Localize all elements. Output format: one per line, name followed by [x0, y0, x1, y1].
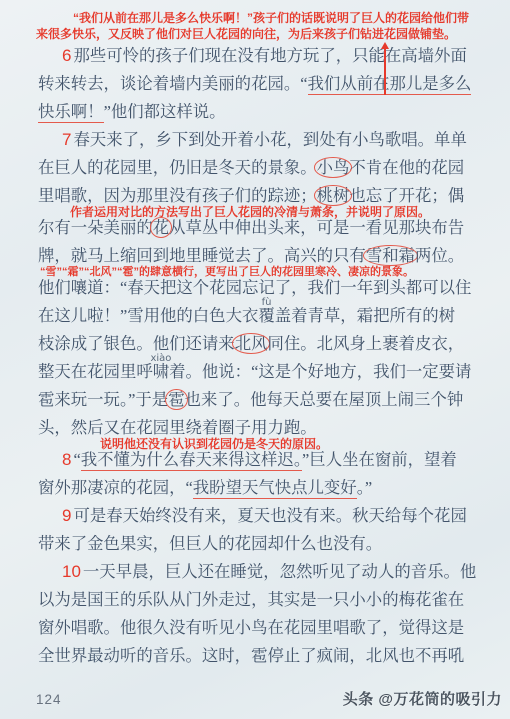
- watermark: 头条 @万花筒的吸引力: [343, 688, 502, 709]
- text-run: 整天在花园里呼: [38, 362, 153, 381]
- text-run: 同住。北风身上裹着皮衣，: [267, 334, 464, 353]
- text-run: 一天早晨，巨人还在睡觉，忽然听见了动人的音乐。他: [83, 562, 476, 581]
- text-line: 在这儿啦！”雪用他的白色大衣覆fù盖着青草，霜把所有的树: [38, 302, 486, 330]
- text-run: ”他们都这样说。: [104, 102, 226, 121]
- text-run: 尔有一朵美丽的: [38, 218, 153, 237]
- annotation-line: “我们从前在那儿是多么快乐啊！”孩子们的话既说明了巨人的花园给他们带: [73, 10, 486, 26]
- text-run: 牌，就马上缩回到地里睡觉去了。高兴的只有: [38, 246, 366, 265]
- text-run: 从草丛中伸出头来，可是一看见那块布告: [169, 218, 464, 237]
- paragraph-number: 10: [62, 562, 81, 581]
- text-run: “雪”“霜”“北风”“雹”的肆意横行，更写出了巨人的花园里寒冷、凄凉的景象。: [40, 266, 414, 278]
- circled-term: 北风: [235, 330, 268, 358]
- text-line: 9可是春天始终没有来，夏天也没有来。秋天给每个花园: [38, 502, 486, 530]
- text-run: 雹来玩一玩。”于是: [38, 390, 168, 409]
- underlined-phrase: 我不懂为什么春天来得这样迟。: [81, 450, 302, 471]
- paragraph-number: 7: [62, 130, 71, 149]
- text-run: 在巨人的花园里，仍旧是冬天的景象。: [38, 158, 317, 177]
- text-line: 6那些可怜的孩子们现在没有地方玩了，只能在高墙外面: [38, 42, 486, 70]
- text-run: 说明他还没有认识到花园仍是冬天的原因。: [100, 437, 328, 451]
- text-run: 两位。: [415, 246, 464, 265]
- text-line: 全世界最动听的音乐。这时，雹停止了疯闹，北风也不再吼: [38, 642, 486, 670]
- textbook-page: “我们从前在那儿是多么快乐啊！”孩子们的话既说明了巨人的花园给他们带来很多快乐，…: [0, 0, 510, 719]
- pinyin-term: 覆fù: [258, 302, 274, 330]
- text-run: 着。他说：“这是个好地方，我们一定要请: [169, 362, 471, 381]
- circled-term: 花: [153, 214, 169, 242]
- text-line: 带来了金色果实，但巨人的花园却什么也没有。: [38, 530, 486, 558]
- annotation-line: 来很多快乐，又反映了他们对巨人花园的向往，为后来孩子们钻进花园做铺垫。: [36, 26, 486, 42]
- underlined-phrase: 我们从前在那儿是多么: [308, 74, 472, 95]
- text-run: 他们嚷道：“春天把这个花园忘记了，我们一年到头都可以住: [38, 278, 471, 297]
- text-run: 枝涂成了银色。他们还请来: [38, 334, 235, 353]
- text-run: 窗外唱歌。他很久没有听见小鸟在花园里唱歌了，觉得这是: [38, 618, 464, 637]
- text-run: 春天来了，乡下到处开着小花，到处有小鸟歌唱。单单: [73, 130, 466, 149]
- pinyin-term: 啸xiào: [153, 358, 169, 386]
- text-line: 快乐啊！”他们都这样说。: [38, 98, 486, 126]
- text-run: 里唱歌，因为那里没有孩子们的踪迹；: [38, 186, 317, 205]
- text-run: 也忘了开花；偶: [349, 186, 464, 205]
- text-line: 窗外那凄凉的花园，“我盼望天气快点儿变好。”: [38, 474, 486, 502]
- circled-term: 雹: [168, 386, 184, 414]
- text-line: 10一天早晨，巨人还在睡觉，忽然听见了动人的音乐。他: [38, 558, 486, 586]
- circled-term: 小鸟: [317, 154, 350, 182]
- text-line: 7春天来了，乡下到处开着小花，到处有小鸟歌唱。单单: [38, 126, 486, 154]
- text-run: 全世界最动听的音乐。这时，雹停止了疯闹，北风也不再吼: [38, 646, 464, 665]
- text-line: 在巨人的花园里，仍旧是冬天的景象。小鸟不肯在他的花园: [38, 154, 486, 182]
- text-line: 8“我不懂为什么春天来得这样迟。”巨人坐在窗前，望着: [38, 446, 486, 474]
- pinyin-label: fù: [262, 298, 272, 308]
- text-line: 尔有一朵美丽的花从草丛中伸出头来，可是一看见那块布告: [38, 214, 486, 242]
- text-line: 以为是国王的乐队从门外走过，其实是一只小小的梅花雀在: [38, 586, 486, 614]
- text-run: 盖着青草，霜把所有的树: [275, 306, 455, 325]
- underlined-phrase: 快乐啊！: [38, 102, 104, 123]
- paragraph-number: 9: [62, 506, 71, 525]
- text-run: 窗外那凄凉的花园，“: [38, 478, 193, 497]
- text-line: 整天在花园里呼啸xiào着。他说：“这是个好地方，我们一定要请: [38, 358, 486, 386]
- text-line: 枝涂成了银色。他们还请来北风同住。北风身上裹着皮衣，: [38, 330, 486, 358]
- text-run: 以为是国王的乐队从门外走过，其实是一只小小的梅花雀在: [38, 590, 464, 609]
- text-run: 也来了。他每天总要在屋顶上闹三个钟: [185, 390, 464, 409]
- arrow-head-icon: [381, 42, 389, 49]
- text-run: 头，然后又在花园里绕着圈子用力跑。: [38, 418, 317, 437]
- paragraph-number: 8: [62, 450, 71, 469]
- arrow-line: [384, 49, 386, 95]
- text-run: 来很多快乐，又反映了他们对巨人花园的向往，为后来孩子们钻进花园做铺垫。: [36, 27, 456, 41]
- text-line: 转来转去，谈论着墙内美丽的花园。“我们从前在那儿是多么: [38, 70, 486, 98]
- paragraph-number: 6: [62, 46, 71, 65]
- text-run: “: [73, 450, 80, 469]
- text-run: 作者运用对比的方法写出了巨人花园的冷清与萧条，并说明了原因。: [70, 205, 430, 219]
- text-run: ”巨人坐在窗前，望着: [302, 450, 457, 469]
- text-run: 。”: [357, 478, 372, 497]
- page-number: 124: [36, 692, 62, 707]
- text-run: 不肯在他的花园: [349, 158, 464, 177]
- text-run: 在这儿啦！”雪用他的白色大衣: [38, 306, 258, 325]
- text-line: 雹来玩一玩。”于是雹也来了。他每天总要在屋顶上闹三个钟: [38, 386, 486, 414]
- underlined-phrase: 我盼望天气快点儿变好: [193, 478, 357, 499]
- text-run: 转来转去，谈论着墙内美丽的花园。“: [38, 74, 308, 93]
- text-run: 可是春天始终没有来，夏天也没有来。秋天给每个花园: [73, 506, 466, 525]
- text-run: 带来了金色果实，但巨人的花园却什么也没有。: [38, 534, 382, 553]
- text-run: “我们从前在那儿是多么快乐啊！”孩子们的话既说明了巨人的花园给他们带: [73, 11, 469, 25]
- text-run: 那些可怜的孩子们现在没有地方玩了，只能在高墙外面: [73, 46, 466, 65]
- page-text: “我们从前在那儿是多么快乐啊！”孩子们的话既说明了巨人的花园给他们带来很多快乐，…: [38, 10, 486, 670]
- text-line: 窗外唱歌。他很久没有听见小鸟在花园里唱歌了，觉得这是: [38, 614, 486, 642]
